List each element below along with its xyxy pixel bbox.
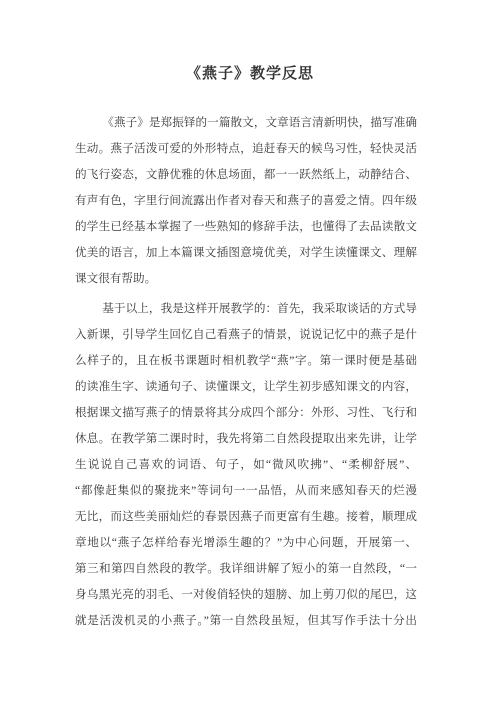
text-line: 的读准生字、读通句子、读懂课文，让学生初步感知课文的内容， (75, 374, 417, 400)
text-line: 生说说自己喜欢的词语、句子，如“微风吹拂”、“柔柳舒展”、 (75, 452, 417, 478)
text-line: 的学生已经基本掌握了一些熟知的修辞手法，也懂得了去品读散文 (75, 214, 417, 240)
text-line: 章地以“燕子怎样给春光增添生趣的？”为中心问题，开展第一、 (75, 530, 417, 556)
text-line: 生动。燕子活泼可爱的外形特点，追赶春天的候鸟习性，轻快灵活 (75, 136, 417, 162)
document-page: 《燕子》教学反思 《燕子》是郑振铎的一篇散文，文章语言清新明快，描写准确生动。燕… (0, 0, 500, 707)
text-line: 身乌黑光亮的羽毛、一对俊俏轻快的翅膀、加上剪刀似的尾巴，这 (75, 582, 417, 608)
document-body: 《燕子》是郑振铎的一篇散文，文章语言清新明快，描写准确生动。燕子活泼可爱的外形特… (75, 110, 417, 634)
text-line: 《燕子》是郑振铎的一篇散文，文章语言清新明快，描写准确 (75, 110, 417, 136)
page-title: 《燕子》教学反思 (0, 62, 500, 83)
text-line: 第三和第四自然段的教学。我详细讲解了短小的第一自然段，“一 (75, 556, 417, 582)
paragraph: 《燕子》是郑振铎的一篇散文，文章语言清新明快，描写准确生动。燕子活泼可爱的外形特… (75, 110, 417, 292)
text-line: 入新课，引导学生回忆自己看燕子的情景，说说记忆中的燕子是什 (75, 322, 417, 348)
text-line: 就是活泼机灵的小燕子。”第一自然段虽短，但其写作手法十分出 (75, 608, 417, 634)
text-line: “都像赶集似的聚拢来”等词句一一品悟，从而来感知春天的烂漫 (75, 478, 417, 504)
text-line: 优美的语言，加上本篇课文插图意境优美，对学生读懂课文、理解 (75, 240, 417, 266)
text-line: 有声有色，字里行间流露出作者对春天和燕子的喜爱之情。四年级 (75, 188, 417, 214)
text-line: 的飞行姿态，文静优雅的休息场面，都一一跃然纸上，动静结合、 (75, 162, 417, 188)
paragraph: 基于以上，我是这样开展教学的：首先，我采取谈话的方式导入新课，引导学生回忆自己看… (75, 296, 417, 634)
text-line: 基于以上，我是这样开展教学的：首先，我采取谈话的方式导 (75, 296, 417, 322)
text-line: 根据课文描写燕子的情景将其分成四个部分：外形、习性、飞行和 (75, 400, 417, 426)
text-line: 休息。在教学第二课时时，我先将第二自然段提取出来先讲，让学 (75, 426, 417, 452)
text-line: 无比，而这些美丽灿烂的春景因燕子而更富有生趣。接着，顺理成 (75, 504, 417, 530)
text-line: 么样子的，且在板书课题时相机教学“燕”字。第一课时便是基础 (75, 348, 417, 374)
text-line: 课文很有帮助。 (75, 266, 417, 292)
